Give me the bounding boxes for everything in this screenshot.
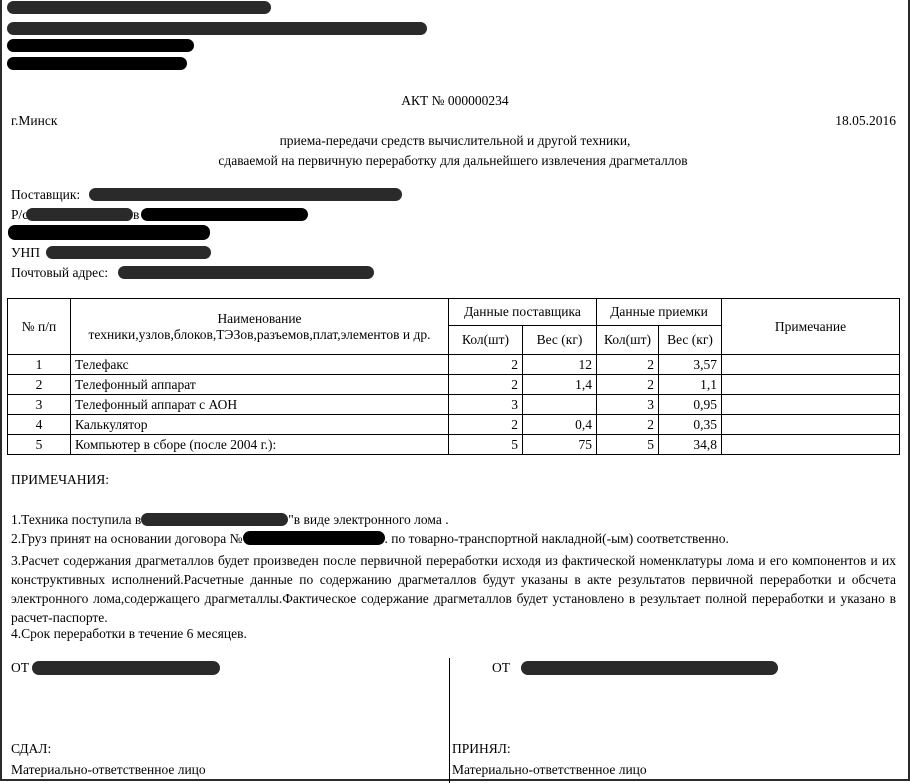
act-subtitle-line2: сдаваемой на первичную переработку для д…: [0, 153, 906, 169]
col-header-supplier-group: Данные поставщика: [449, 299, 597, 326]
items-table: № п/п Наименование техники,узлов,блоков,…: [7, 298, 900, 455]
account-in-label: в: [133, 207, 139, 223]
sign-right-role: ПРИНЯЛ:: [452, 741, 511, 757]
cell-supplier-weight: 1,4: [523, 375, 597, 395]
address-redacted: [118, 266, 374, 279]
cell-reception-qty: 2: [597, 415, 659, 435]
act-date: 18.05.2016: [835, 113, 896, 129]
cell-name: Компьютер в сборе (после 2004 г.):: [71, 435, 449, 455]
cell-supplier-qty: 2: [449, 415, 523, 435]
sign-right-redacted: [521, 661, 778, 675]
act-subtitle-line1: приема-передачи средств вычислительной и…: [0, 133, 910, 149]
note-1-prefix: 1.Техника поступила в: [11, 512, 141, 527]
table-row: 5Компьютер в сборе (после 2004 г.):57553…: [8, 435, 900, 455]
note-item-4: 4.Срок переработки в течение 6 месяцев.: [11, 626, 247, 642]
col-header-reception-weight: Вес (кг): [659, 326, 722, 355]
sign-left-redacted: [32, 661, 220, 675]
sign-right-person: Материально-ответственное лицо: [452, 762, 647, 778]
sign-left-person: Материально-ответственное лицо: [11, 762, 206, 778]
cell-reception-weight: 3,57: [659, 355, 722, 375]
cell-supplier-weight: 75: [523, 435, 597, 455]
unp-redacted: [46, 246, 211, 259]
cell-reception-weight: 34,8: [659, 435, 722, 455]
notes-heading: ПРИМЕЧАНИЯ:: [11, 472, 109, 488]
redacted-line: [7, 1, 271, 14]
cell-note: [722, 435, 900, 455]
unp-label: УНП: [11, 245, 40, 261]
act-city: г.Минск: [11, 113, 57, 129]
table-row: 2Телефонный аппарат21,421,1: [8, 375, 900, 395]
redacted-line: [7, 22, 427, 35]
cell-reception-qty: 3: [597, 395, 659, 415]
table-row: 4Калькулятор20,420,35: [8, 415, 900, 435]
cell-note: [722, 415, 900, 435]
note-1-suffix: "в виде электронного лома .: [288, 512, 448, 527]
col-header-supplier-weight: Вес (кг): [523, 326, 597, 355]
col-header-index: № п/п: [8, 299, 71, 355]
cell-note: [722, 395, 900, 415]
cell-reception-qty: 2: [597, 375, 659, 395]
cell-index: 1: [8, 355, 71, 375]
cell-supplier-weight: 0,4: [523, 415, 597, 435]
cell-reception-weight: 0,35: [659, 415, 722, 435]
address-label: Почтовый адрес:: [11, 265, 108, 281]
cell-index: 5: [8, 435, 71, 455]
cell-index: 4: [8, 415, 71, 435]
supplier-label: Поставщик:: [11, 187, 80, 203]
note-2-prefix: 2.Груз принят на основании договора №: [11, 531, 243, 546]
cell-index: 2: [8, 375, 71, 395]
account-redacted: [26, 208, 133, 221]
cell-reception-weight: 1,1: [659, 375, 722, 395]
note-1-redacted: [141, 513, 288, 526]
signature-divider: [449, 658, 450, 783]
bank-redacted: [141, 208, 308, 221]
cell-name: Телефонный аппарат: [71, 375, 449, 395]
note-2-suffix: . по товарно-транспортной накладной(-ым)…: [385, 531, 729, 546]
cell-note: [722, 355, 900, 375]
cell-name: Калькулятор: [71, 415, 449, 435]
col-header-name: Наименование техники,узлов,блоков,ТЭЗов,…: [71, 299, 449, 355]
cell-reception-qty: 5: [597, 435, 659, 455]
cell-reception-qty: 2: [597, 355, 659, 375]
col-header-note: Примечание: [722, 299, 900, 355]
col-header-reception-group: Данные приемки: [597, 299, 722, 326]
bank-line-redacted: [8, 225, 210, 240]
cell-supplier-qty: 5: [449, 435, 523, 455]
col-header-reception-qty: Кол(шт): [597, 326, 659, 355]
sign-left-role: СДАЛ:: [11, 741, 51, 757]
cell-note: [722, 375, 900, 395]
cell-supplier-qty: 2: [449, 355, 523, 375]
cell-name: Телефакс: [71, 355, 449, 375]
redacted-line: [7, 39, 194, 52]
supplier-redacted: [89, 188, 402, 201]
note-item-3: 3.Расчет содержания драгметаллов будет п…: [11, 551, 896, 627]
note-2-redacted: [243, 531, 385, 545]
sign-right-from-label: ОТ: [492, 660, 510, 676]
cell-supplier-weight: 12: [523, 355, 597, 375]
note-item-2: 2.Груз принят на основании договора №. п…: [11, 531, 729, 547]
cell-supplier-weight: [523, 395, 597, 415]
sign-left-from-label: ОТ: [11, 660, 29, 676]
act-title: АКТ № 000000234: [0, 93, 910, 109]
table-row: 3Телефонный аппарат с АОН330,95: [8, 395, 900, 415]
redacted-line: [7, 57, 187, 70]
cell-name: Телефонный аппарат с АОН: [71, 395, 449, 415]
cell-supplier-qty: 3: [449, 395, 523, 415]
cell-supplier-qty: 2: [449, 375, 523, 395]
table-row: 1Телефакс21223,57: [8, 355, 900, 375]
cell-index: 3: [8, 395, 71, 415]
col-header-supplier-qty: Кол(шт): [449, 326, 523, 355]
note-item-1: 1.Техника поступила в"в виде электронног…: [11, 512, 449, 528]
cell-reception-weight: 0,95: [659, 395, 722, 415]
